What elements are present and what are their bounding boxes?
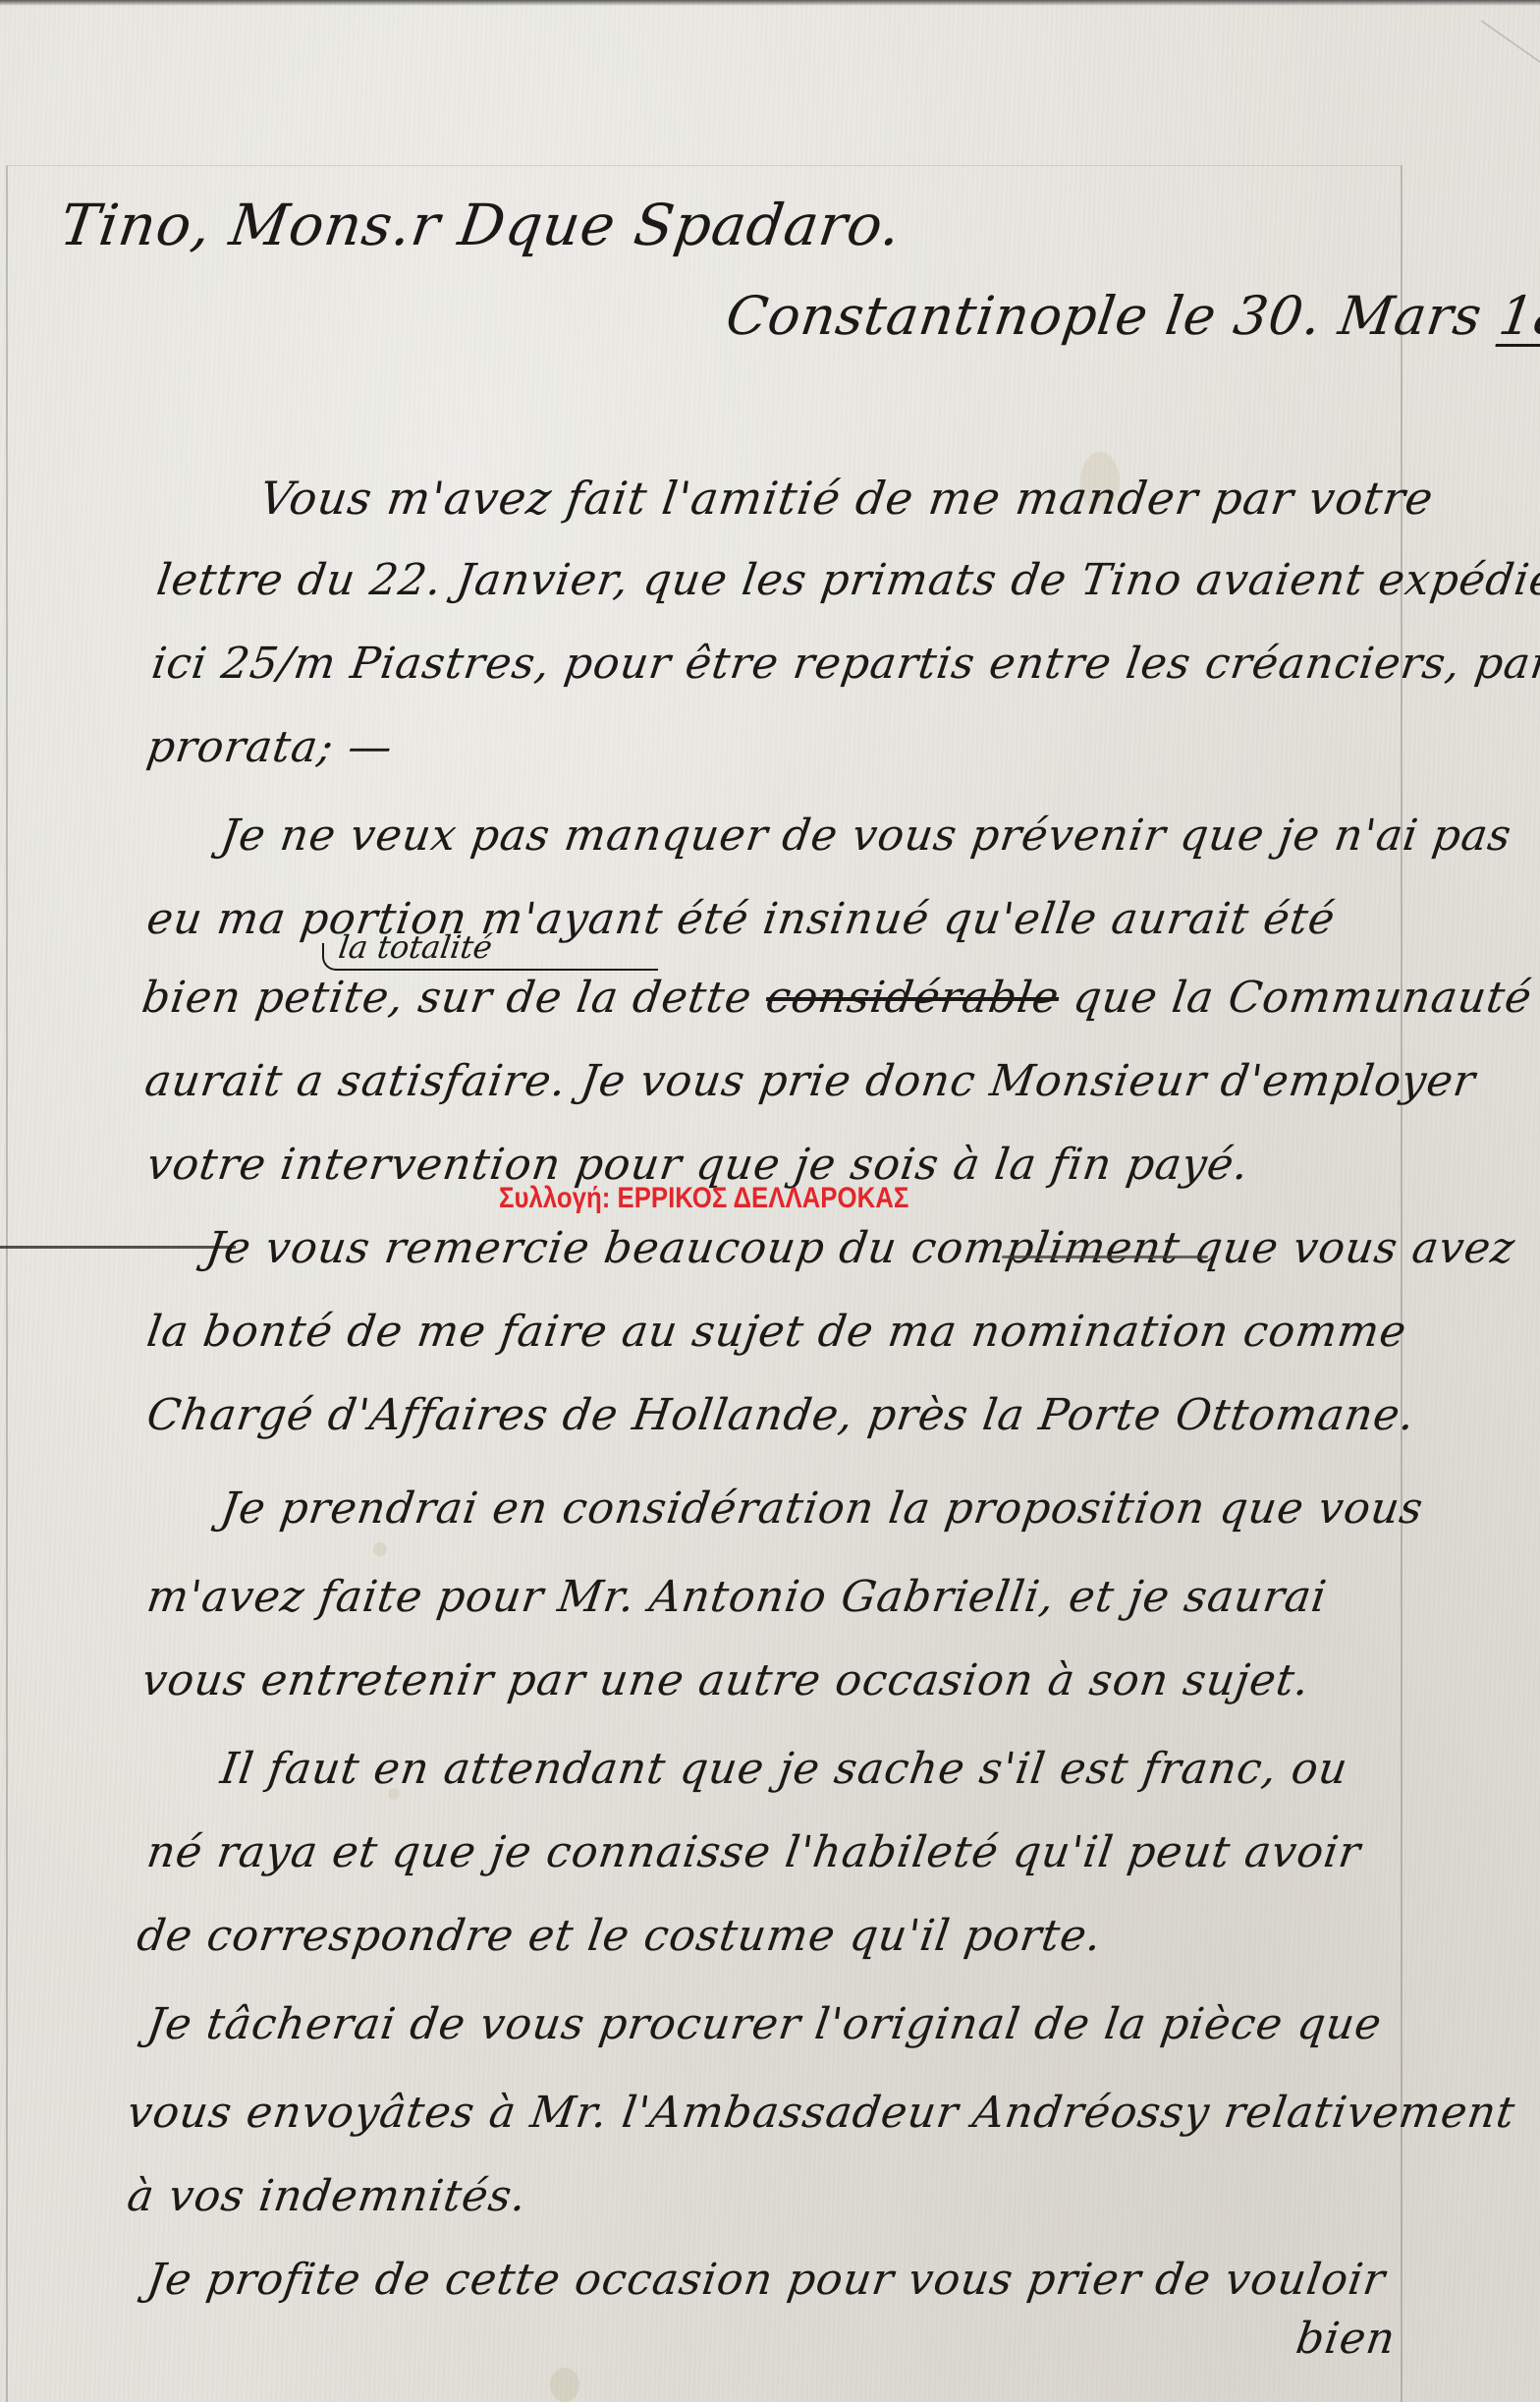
- body-line: Je profite de cette occasion pour vous p…: [143, 2255, 1388, 2305]
- body-line: bien petite, sur de la dette considérabl…: [138, 973, 1535, 1023]
- body-line: Je prendrai en considération la proposit…: [217, 1483, 1426, 1534]
- letter-photograph: Tino, Mons.r Dque Spadaro. Constantinopl…: [0, 0, 1540, 2402]
- body-line: Chargé d'Affaires de Hollande, près la P…: [143, 1390, 1418, 1440]
- body-line: à vos indemnités.: [124, 2171, 529, 2221]
- body-line: Vous m'avez fait l'amitié de me mander p…: [256, 472, 1437, 525]
- body-line: aurait a satisfaire. Je vous prie donc M…: [141, 1056, 1478, 1106]
- body-line: né raya et que je connaisse l'habileté q…: [143, 1827, 1364, 1877]
- body-line: ici 25/m Piastres, pour être repartis en…: [148, 639, 1540, 689]
- line-segment: de la dette: [504, 973, 755, 1023]
- letter-place-date: Constantinople le 30. Mars 1815.: [723, 285, 1540, 347]
- margin-rule: [0, 1246, 236, 1249]
- body-line: lettre du 22. Janvier, que les primats d…: [153, 555, 1540, 605]
- body-line: de correspondre et le costume qu'il port…: [134, 1911, 1105, 1961]
- letter-salutation: Tino, Mons.r Dque Spadaro.: [56, 192, 906, 258]
- body-line: la bonté de me faire au sujet de ma nomi…: [143, 1307, 1409, 1357]
- body-line: Je vous remercie beaucoup du compliment …: [202, 1223, 1518, 1273]
- line-segment: que la Communauté: [1071, 973, 1536, 1023]
- body-line: eu ma portion m'ayant été insinué qu'ell…: [143, 894, 1339, 944]
- body-line: vous envoyâtes à Mr. l'Ambassadeur André…: [124, 2088, 1518, 2138]
- inserted-text: la totalité: [336, 928, 494, 966]
- body-line: vous entretenir par une autre occasion à…: [138, 1655, 1312, 1705]
- body-line: m'avez faite pour Mr. Antonio Gabrielli,…: [143, 1572, 1330, 1622]
- place-date-text: Constantinople le 30. Mars: [723, 285, 1487, 347]
- line-segment: bien petite, sur: [138, 973, 495, 1023]
- faint-underline: [1002, 1256, 1208, 1258]
- body-line: bien: [1292, 2314, 1399, 2364]
- body-line: Il faut en attendant que je sache s'il e…: [217, 1744, 1350, 1794]
- body-line: Je ne veux pas manquer de vous prévenir …: [217, 810, 1514, 861]
- collection-watermark: Συλλογή: ΕΡΡΙΚΟΣ ΔΕΛΛΑΡΟΚΑΣ: [499, 1182, 908, 1215]
- body-line: prorata; —: [143, 722, 396, 772]
- struck-out-word: considérable: [763, 973, 1063, 1023]
- letter-year: 1815.: [1495, 285, 1540, 347]
- body-line: Je tâcherai de vous procurer l'original …: [143, 1999, 1385, 2049]
